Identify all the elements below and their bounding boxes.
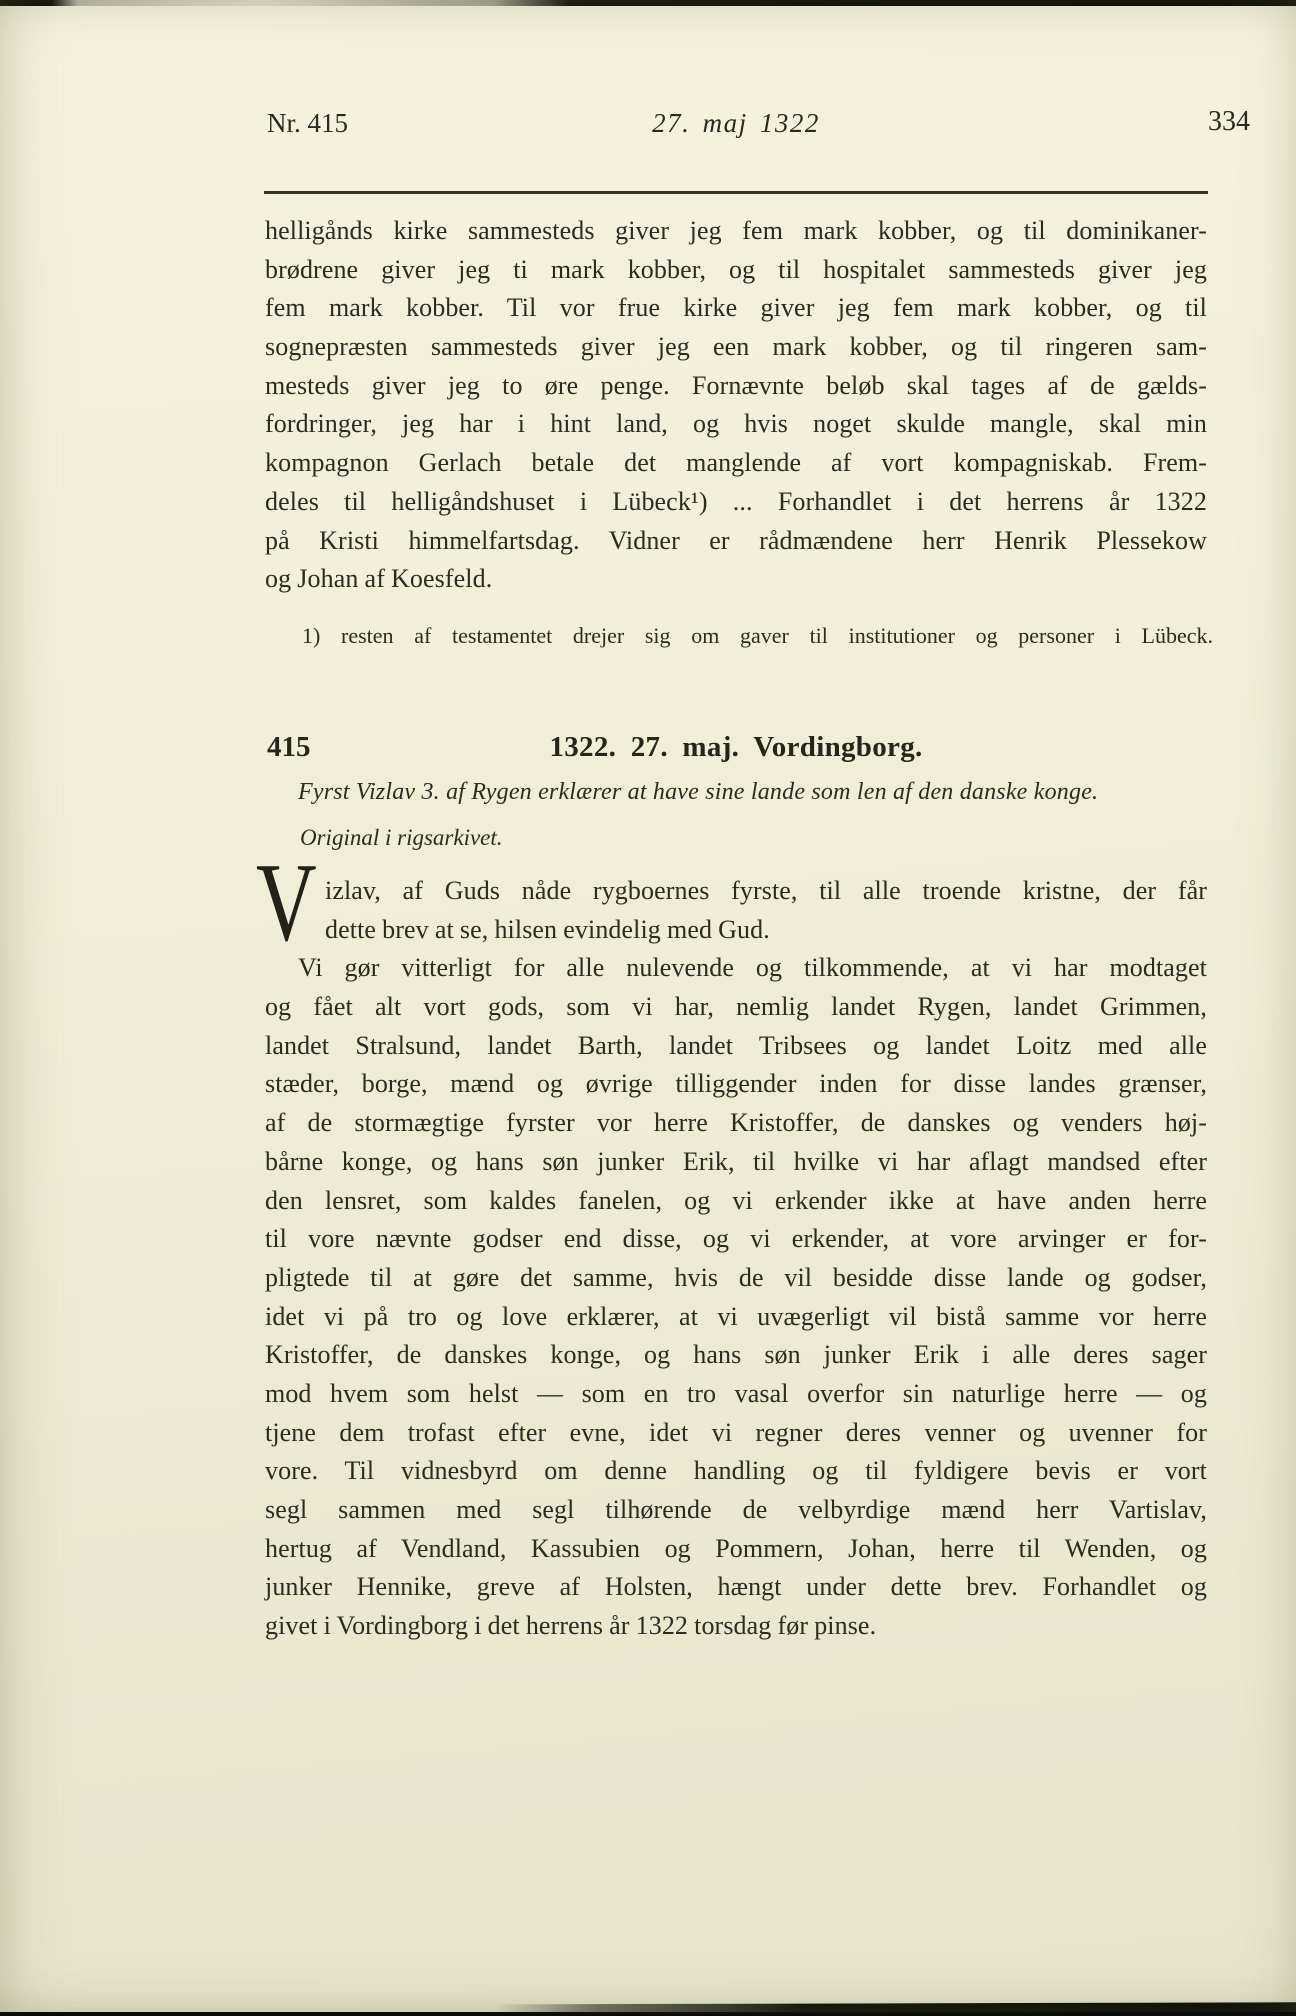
book-page: Nr. 415 27. maj 1322 334 helligånds kirk… bbox=[0, 0, 1296, 2012]
text-line: mesteds giver jeg to øre penge. Fornævnt… bbox=[265, 367, 1207, 406]
continuation-paragraph: helligånds kirke sammesteds giver jeg fe… bbox=[265, 212, 1207, 599]
text-line: kompagnon Gerlach betale det manglende a… bbox=[265, 444, 1207, 483]
running-head: Nr. 415 27. maj 1322 bbox=[265, 108, 1207, 150]
text-line: på Kristi himmelfartsdag. Vidner er rådm… bbox=[265, 522, 1207, 561]
text-line: bårne konge, og hans søn junker Erik, ti… bbox=[265, 1143, 1207, 1182]
text-line: mod hvem som helst — som en tro vasal ov… bbox=[265, 1375, 1207, 1414]
text-line: den lensret, som kaldes fanelen, og vi e… bbox=[265, 1182, 1207, 1221]
drop-cap-initial: V bbox=[256, 847, 317, 959]
scan-edge-top bbox=[0, 0, 1296, 6]
scan-edge-bottom bbox=[0, 2002, 1296, 2012]
text-line: dette brev at se, hilsen evindelig med G… bbox=[265, 911, 1207, 950]
text-line: fem mark kobber. Til vor frue kirke give… bbox=[265, 289, 1207, 328]
header-rule bbox=[264, 191, 1208, 194]
text-line: idet vi på tro og love erklærer, at vi u… bbox=[265, 1298, 1207, 1337]
text-line: og Johan af Koesfeld. bbox=[265, 560, 1207, 599]
running-head-date: 27. maj 1322 bbox=[265, 108, 1207, 139]
text-line: helligånds kirke sammesteds giver jeg fe… bbox=[265, 212, 1207, 251]
entry-provenance: Original i rigsarkivet. bbox=[300, 825, 503, 851]
text-line: junker Hennike, greve af Holsten, hængt … bbox=[265, 1568, 1207, 1607]
text-line: Vi gør vitterligt for alle nulevende og … bbox=[265, 949, 1207, 988]
text-line: og fået alt vort gods, som vi har, nemli… bbox=[265, 988, 1207, 1027]
text-line: givet i Vordingborg i det herrens år 132… bbox=[265, 1607, 1207, 1646]
page-number: 334 bbox=[1178, 106, 1250, 138]
text-line: brødrene giver jeg ti mark kobber, og ti… bbox=[265, 251, 1207, 290]
text-line: fordringer, jeg har i hint land, og hvis… bbox=[265, 405, 1207, 444]
text-line: sognepræsten sammesteds giver jeg een ma… bbox=[265, 328, 1207, 367]
entry-heading: 1322. 27. maj. Vordingborg. bbox=[265, 731, 1207, 764]
text-line: hertug af Vendland, Kassubien og Pommern… bbox=[265, 1530, 1207, 1569]
text-line: landet Stralsund, landet Barth, landet T… bbox=[265, 1027, 1207, 1066]
text-line: af de stormægtige fyrster vor herre Kris… bbox=[265, 1104, 1207, 1143]
text-line: tjene dem trofast efter evne, idet vi re… bbox=[265, 1414, 1207, 1453]
text-line: segl sammen med segl tilhørende de velby… bbox=[265, 1491, 1207, 1530]
entry-summary: Fyrst Vizlav 3. af Rygen erklærer at hav… bbox=[298, 779, 1098, 806]
text-line: til vore nævnte godser end disse, og vi … bbox=[265, 1220, 1207, 1259]
text-line: vore. Til vidnesbyrd om denne handling o… bbox=[265, 1452, 1207, 1491]
text-line: stæder, borge, mænd og øvrige tilliggend… bbox=[265, 1065, 1207, 1104]
text-line: deles til helligåndshuset i Lübeck¹) ...… bbox=[265, 483, 1207, 522]
text-line: pligtede til at gøre det samme, hvis de … bbox=[265, 1259, 1207, 1298]
text-line: Kristoffer, de danskes konge, og hans sø… bbox=[265, 1336, 1207, 1375]
footnote: 1) resten af testamentet drejer sig om g… bbox=[265, 621, 1213, 651]
charter-text: V izlav, af Guds nåde rygboernes fyrste,… bbox=[265, 872, 1207, 1646]
text-line: izlav, af Guds nåde rygboernes fyrste, t… bbox=[265, 872, 1207, 911]
